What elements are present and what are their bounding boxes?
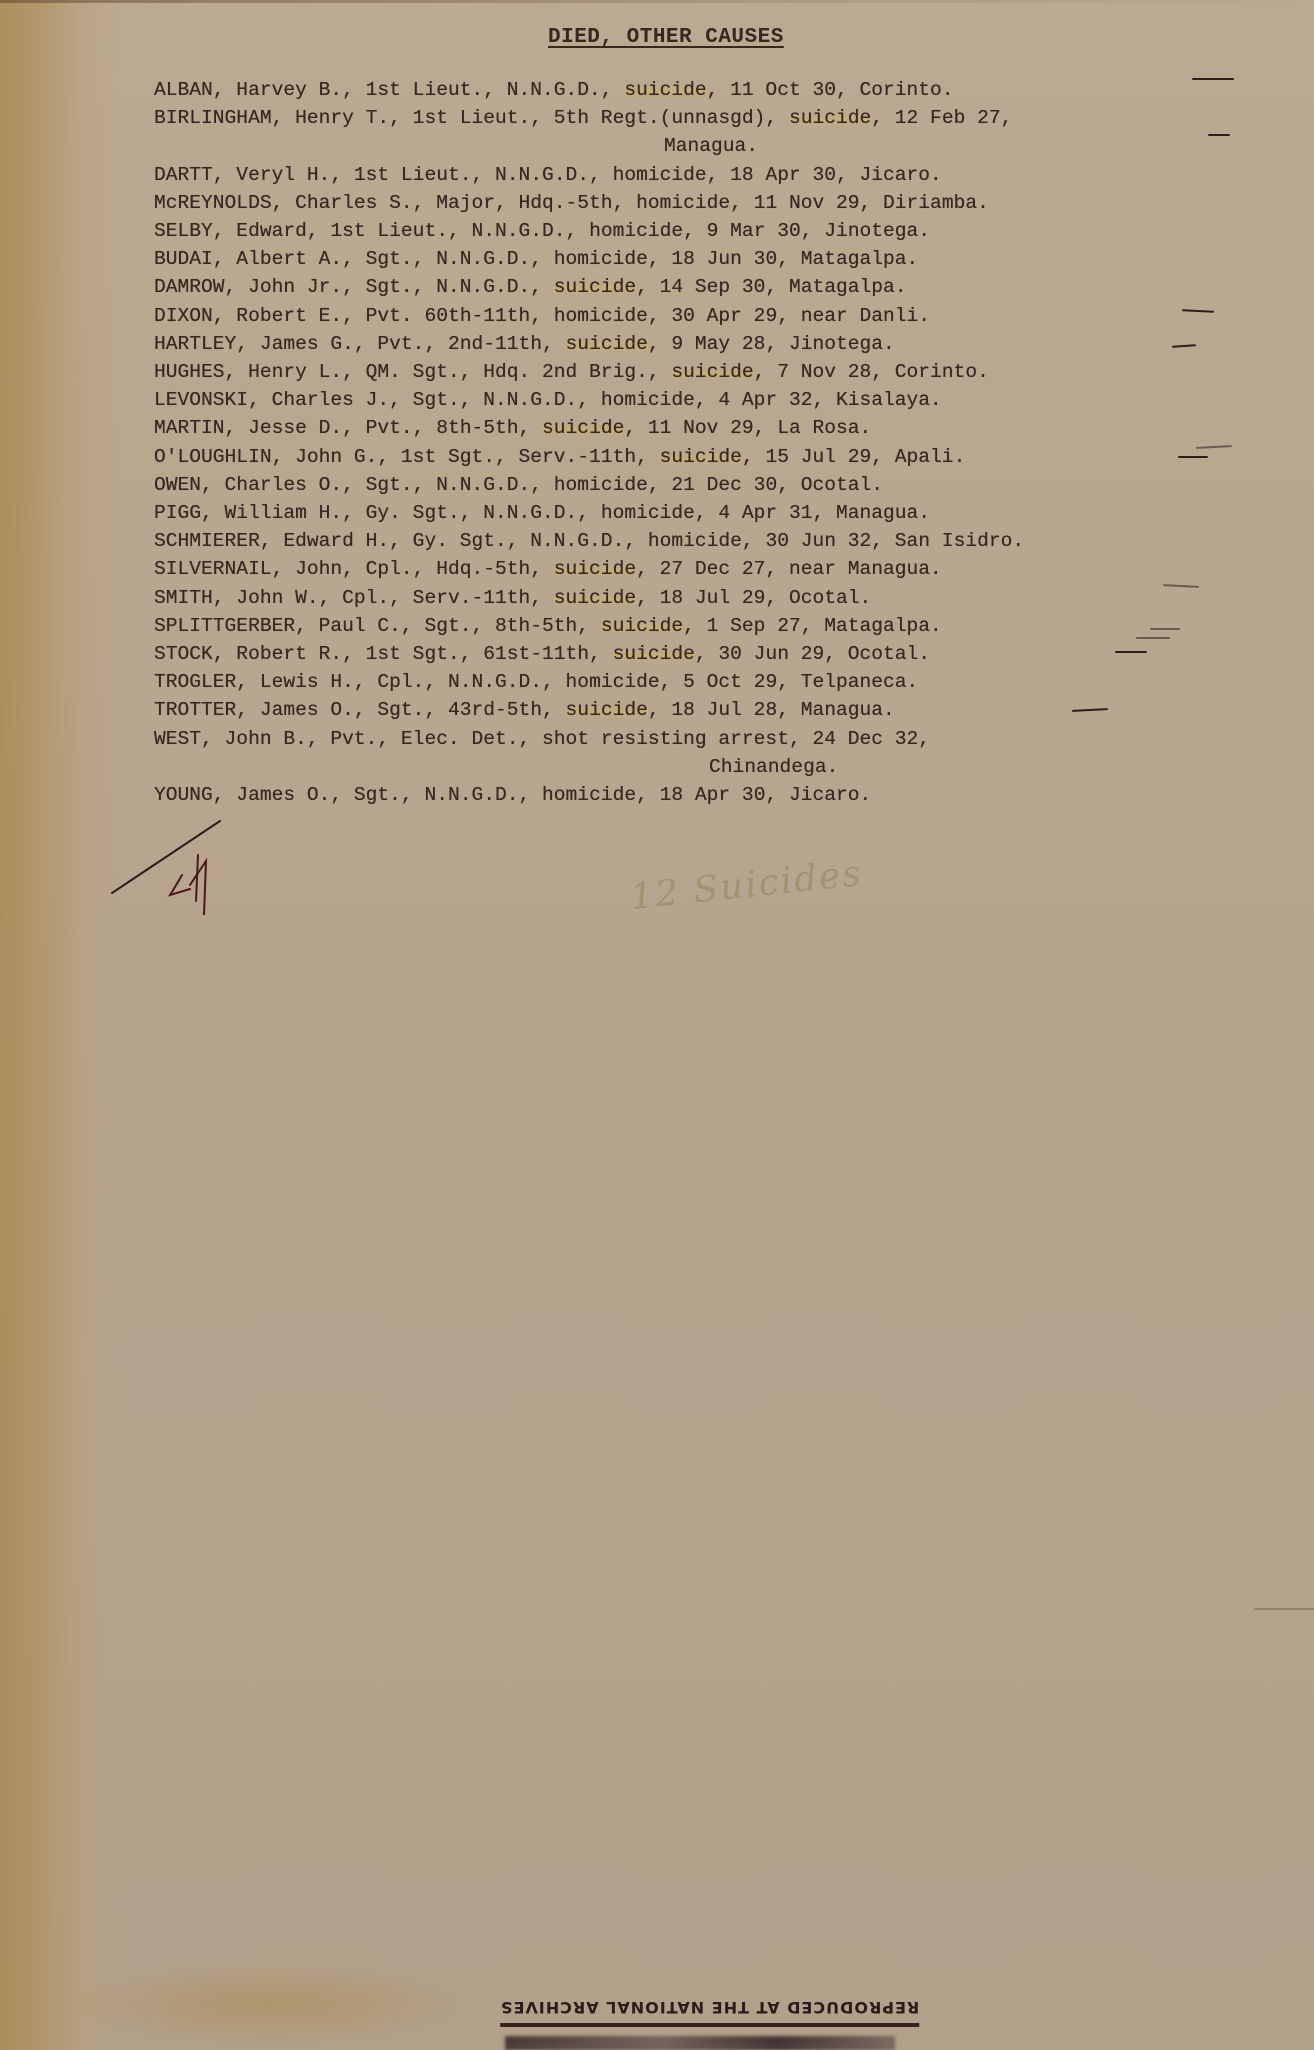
entry-date-place: , 1 Sep 27, Matagalpa. [683, 615, 942, 637]
archive-stamp: REPRODUCED AT THE NATIONAL ARCHIVES [500, 1998, 919, 2027]
entry-date-place: , 9 May 28, Jinotega. [648, 333, 895, 355]
list-item: SCHMIERER, Edward H., Gy. Sgt., N.N.G.D.… [154, 527, 1174, 555]
list-item: MARTIN, Jesse D., Pvt., 8th-5th, suicide… [154, 414, 1174, 442]
entry-date-place: , 18 Jul 29, Ocotal. [636, 587, 871, 609]
entry-date-place: , 18 Apr 30, Jicaro. [636, 784, 871, 806]
entry-cause: suicide [789, 107, 871, 129]
entry-person: PIGG, William H., Gy. Sgt., N.N.G.D., [154, 502, 601, 524]
handwritten-initials [110, 815, 250, 915]
check-mark [1136, 637, 1170, 639]
check-mark [1178, 456, 1208, 458]
entry-date-place: , 27 Dec 27, near Managua. [636, 558, 942, 580]
entry-person: MARTIN, Jesse D., Pvt., 8th-5th, [154, 417, 542, 439]
entry-person: HARTLEY, James G., Pvt., 2nd-11th, [154, 333, 566, 355]
entry-person: SILVERNAIL, John, Cpl., Hdq.-5th, [154, 558, 554, 580]
list-item: OWEN, Charles O., Sgt., N.N.G.D., homici… [154, 471, 1174, 499]
list-item: SILVERNAIL, John, Cpl., Hdq.-5th, suicid… [154, 555, 1174, 583]
entry-date-place: , 9 Mar 30, Jinotega. [683, 220, 930, 242]
entry-date-place: , 21 Dec 30, Ocotal. [648, 474, 883, 496]
check-mark [1192, 78, 1234, 80]
list-item: DARTT, Veryl H., 1st Lieut., N.N.G.D., h… [154, 161, 1174, 189]
list-item: TROTTER, James O., Sgt., 43rd-5th, suici… [154, 696, 1174, 724]
entry-person: ALBAN, Harvey B., 1st Lieut., N.N.G.D., [154, 79, 624, 101]
entry-person: TROGLER, Lewis H., Cpl., N.N.G.D., [154, 671, 566, 693]
entry-cause: homicide [554, 474, 648, 496]
entry-cause: suicide [542, 417, 624, 439]
list-item: SELBY, Edward, 1st Lieut., N.N.G.D., hom… [154, 217, 1174, 245]
entry-person: DARTT, Veryl H., 1st Lieut., N.N.G.D., [154, 164, 613, 186]
entry-person: LEVONSKI, Charles J., Sgt., N.N.G.D., [154, 389, 601, 411]
entry-cause: homicide [542, 784, 636, 806]
entry-person: TROTTER, James O., Sgt., 43rd-5th, [154, 699, 566, 721]
entry-date-place: , 4 Apr 32, Kisalaya. [695, 389, 942, 411]
entry-cause: homicide [554, 248, 648, 270]
entry-person: McREYNOLDS, Charles S., Major, Hdq.-5th, [154, 192, 636, 214]
entry-date-place: , 7 Nov 28, Corinto. [754, 361, 989, 383]
casualty-list: ALBAN, Harvey B., 1st Lieut., N.N.G.D., … [154, 76, 1174, 809]
entry-cause: suicide [566, 699, 648, 721]
entry-cause: homicide [601, 502, 695, 524]
entry-cause: suicide [554, 587, 636, 609]
list-item: DAMROW, John Jr., Sgt., N.N.G.D., suicid… [154, 273, 1174, 301]
entry-date-place: , 11 Nov 29, Diriamba. [730, 192, 989, 214]
entry-cause: shot resisting arrest [542, 728, 789, 750]
list-item: PIGG, William H., Gy. Sgt., N.N.G.D., ho… [154, 499, 1174, 527]
entry-date-place: , 4 Apr 31, Managua. [695, 502, 930, 524]
list-item: ALBAN, Harvey B., 1st Lieut., N.N.G.D., … [154, 76, 1174, 104]
entry-person: YOUNG, James O., Sgt., N.N.G.D., [154, 784, 542, 806]
entry-date-place: , 11 Nov 29, La Rosa. [624, 417, 871, 439]
entry-continuation: Managua. [154, 132, 1174, 160]
entry-cause: homicide [601, 389, 695, 411]
entry-cause: suicide [554, 558, 636, 580]
entry-person: SPLITTGERBER, Paul C., Sgt., 8th-5th, [154, 615, 601, 637]
list-item: WEST, John B., Pvt., Elec. Det., shot re… [154, 725, 1174, 781]
entry-person: DIXON, Robert E., Pvt. 60th-11th, [154, 305, 554, 327]
entry-cause: suicide [601, 615, 683, 637]
entry-date-place: , 30 Apr 29, near Danli. [648, 305, 930, 327]
list-item: HUGHES, Henry L., QM. Sgt., Hdq. 2nd Bri… [154, 358, 1174, 386]
entry-date-place: , 15 Jul 29, Apali. [742, 446, 965, 468]
entry-person: SMITH, John W., Cpl., Serv.-11th, [154, 587, 554, 609]
list-item: STOCK, Robert R., 1st Sgt., 61st-11th, s… [154, 640, 1174, 668]
entry-date-place: , 30 Jun 29, Ocotal. [695, 643, 930, 665]
list-item: SPLITTGERBER, Paul C., Sgt., 8th-5th, su… [154, 612, 1174, 640]
entry-person: DAMROW, John Jr., Sgt., N.N.G.D., [154, 276, 554, 298]
entry-person: STOCK, Robert R., 1st Sgt., 61st-11th, [154, 643, 613, 665]
list-item: SMITH, John W., Cpl., Serv.-11th, suicid… [154, 584, 1174, 612]
check-mark [1115, 651, 1147, 653]
list-item: BUDAI, Albert A., Sgt., N.N.G.D., homici… [154, 245, 1174, 273]
check-mark [1208, 134, 1230, 136]
entry-cause: homicide [613, 164, 707, 186]
entry-cause: suicide [554, 276, 636, 298]
list-item: TROGLER, Lewis H., Cpl., N.N.G.D., homic… [154, 668, 1174, 696]
entry-date-place: , 18 Apr 30, Jicaro. [707, 164, 942, 186]
list-item: HARTLEY, James G., Pvt., 2nd-11th, suici… [154, 330, 1174, 358]
list-item: LEVONSKI, Charles J., Sgt., N.N.G.D., ho… [154, 386, 1174, 414]
entry-cause: homicide [589, 220, 683, 242]
entry-person: BIRLINGHAM, Henry T., 1st Lieut., 5th Re… [154, 107, 789, 129]
list-item: O'LOUGHLIN, John G., 1st Sgt., Serv.-11t… [154, 443, 1174, 471]
entry-date-place: , 24 Dec 32, [789, 728, 930, 750]
water-stain [60, 1960, 480, 2050]
entry-cause: homicide [554, 305, 648, 327]
list-item: DIXON, Robert E., Pvt. 60th-11th, homici… [154, 302, 1174, 330]
entry-person: O'LOUGHLIN, John G., 1st Sgt., Serv.-11t… [154, 446, 660, 468]
entry-person: WEST, John B., Pvt., Elec. Det., [154, 728, 542, 750]
entry-person: OWEN, Charles O., Sgt., N.N.G.D., [154, 474, 554, 496]
list-item: YOUNG, James O., Sgt., N.N.G.D., homicid… [154, 781, 1174, 809]
list-item: McREYNOLDS, Charles S., Major, Hdq.-5th,… [154, 189, 1174, 217]
entry-cause: homicide [648, 530, 742, 552]
entry-person: SCHMIERER, Edward H., Gy. Sgt., N.N.G.D.… [154, 530, 648, 552]
entry-date-place: , 18 Jun 30, Matagalpa. [648, 248, 918, 270]
stamp-ink-bleed [505, 2036, 895, 2050]
entry-cause: homicide [566, 671, 660, 693]
entry-cause: suicide [671, 361, 753, 383]
list-item: BIRLINGHAM, Henry T., 1st Lieut., 5th Re… [154, 104, 1174, 160]
right-margin-rule [1254, 1608, 1314, 1610]
check-mark [1150, 628, 1180, 630]
entry-date-place: , 11 Oct 30, Corinto. [707, 79, 954, 101]
entry-cause: suicide [660, 446, 742, 468]
entry-person: HUGHES, Henry L., QM. Sgt., Hdq. 2nd Bri… [154, 361, 671, 383]
entry-person: SELBY, Edward, 1st Lieut., N.N.G.D., [154, 220, 589, 242]
document-title: DIED, OTHER CAUSES [548, 26, 784, 49]
entry-cause: suicide [613, 643, 695, 665]
entry-date-place: , 5 Oct 29, Telpaneca. [660, 671, 919, 693]
entry-cause: homicide [636, 192, 730, 214]
entry-date-place: , 14 Sep 30, Matagalpa. [636, 276, 906, 298]
entry-continuation: Chinandega. [154, 753, 1174, 781]
entry-cause: suicide [566, 333, 648, 355]
page-top-edge [0, 0, 1314, 3]
entry-date-place: , 18 Jul 28, Managua. [648, 699, 895, 721]
entry-date-place: , 30 Jun 32, San Isidro. [742, 530, 1024, 552]
entry-cause: suicide [624, 79, 706, 101]
entry-date-place: , 12 Feb 27, [871, 107, 1012, 129]
entry-person: BUDAI, Albert A., Sgt., N.N.G.D., [154, 248, 554, 270]
